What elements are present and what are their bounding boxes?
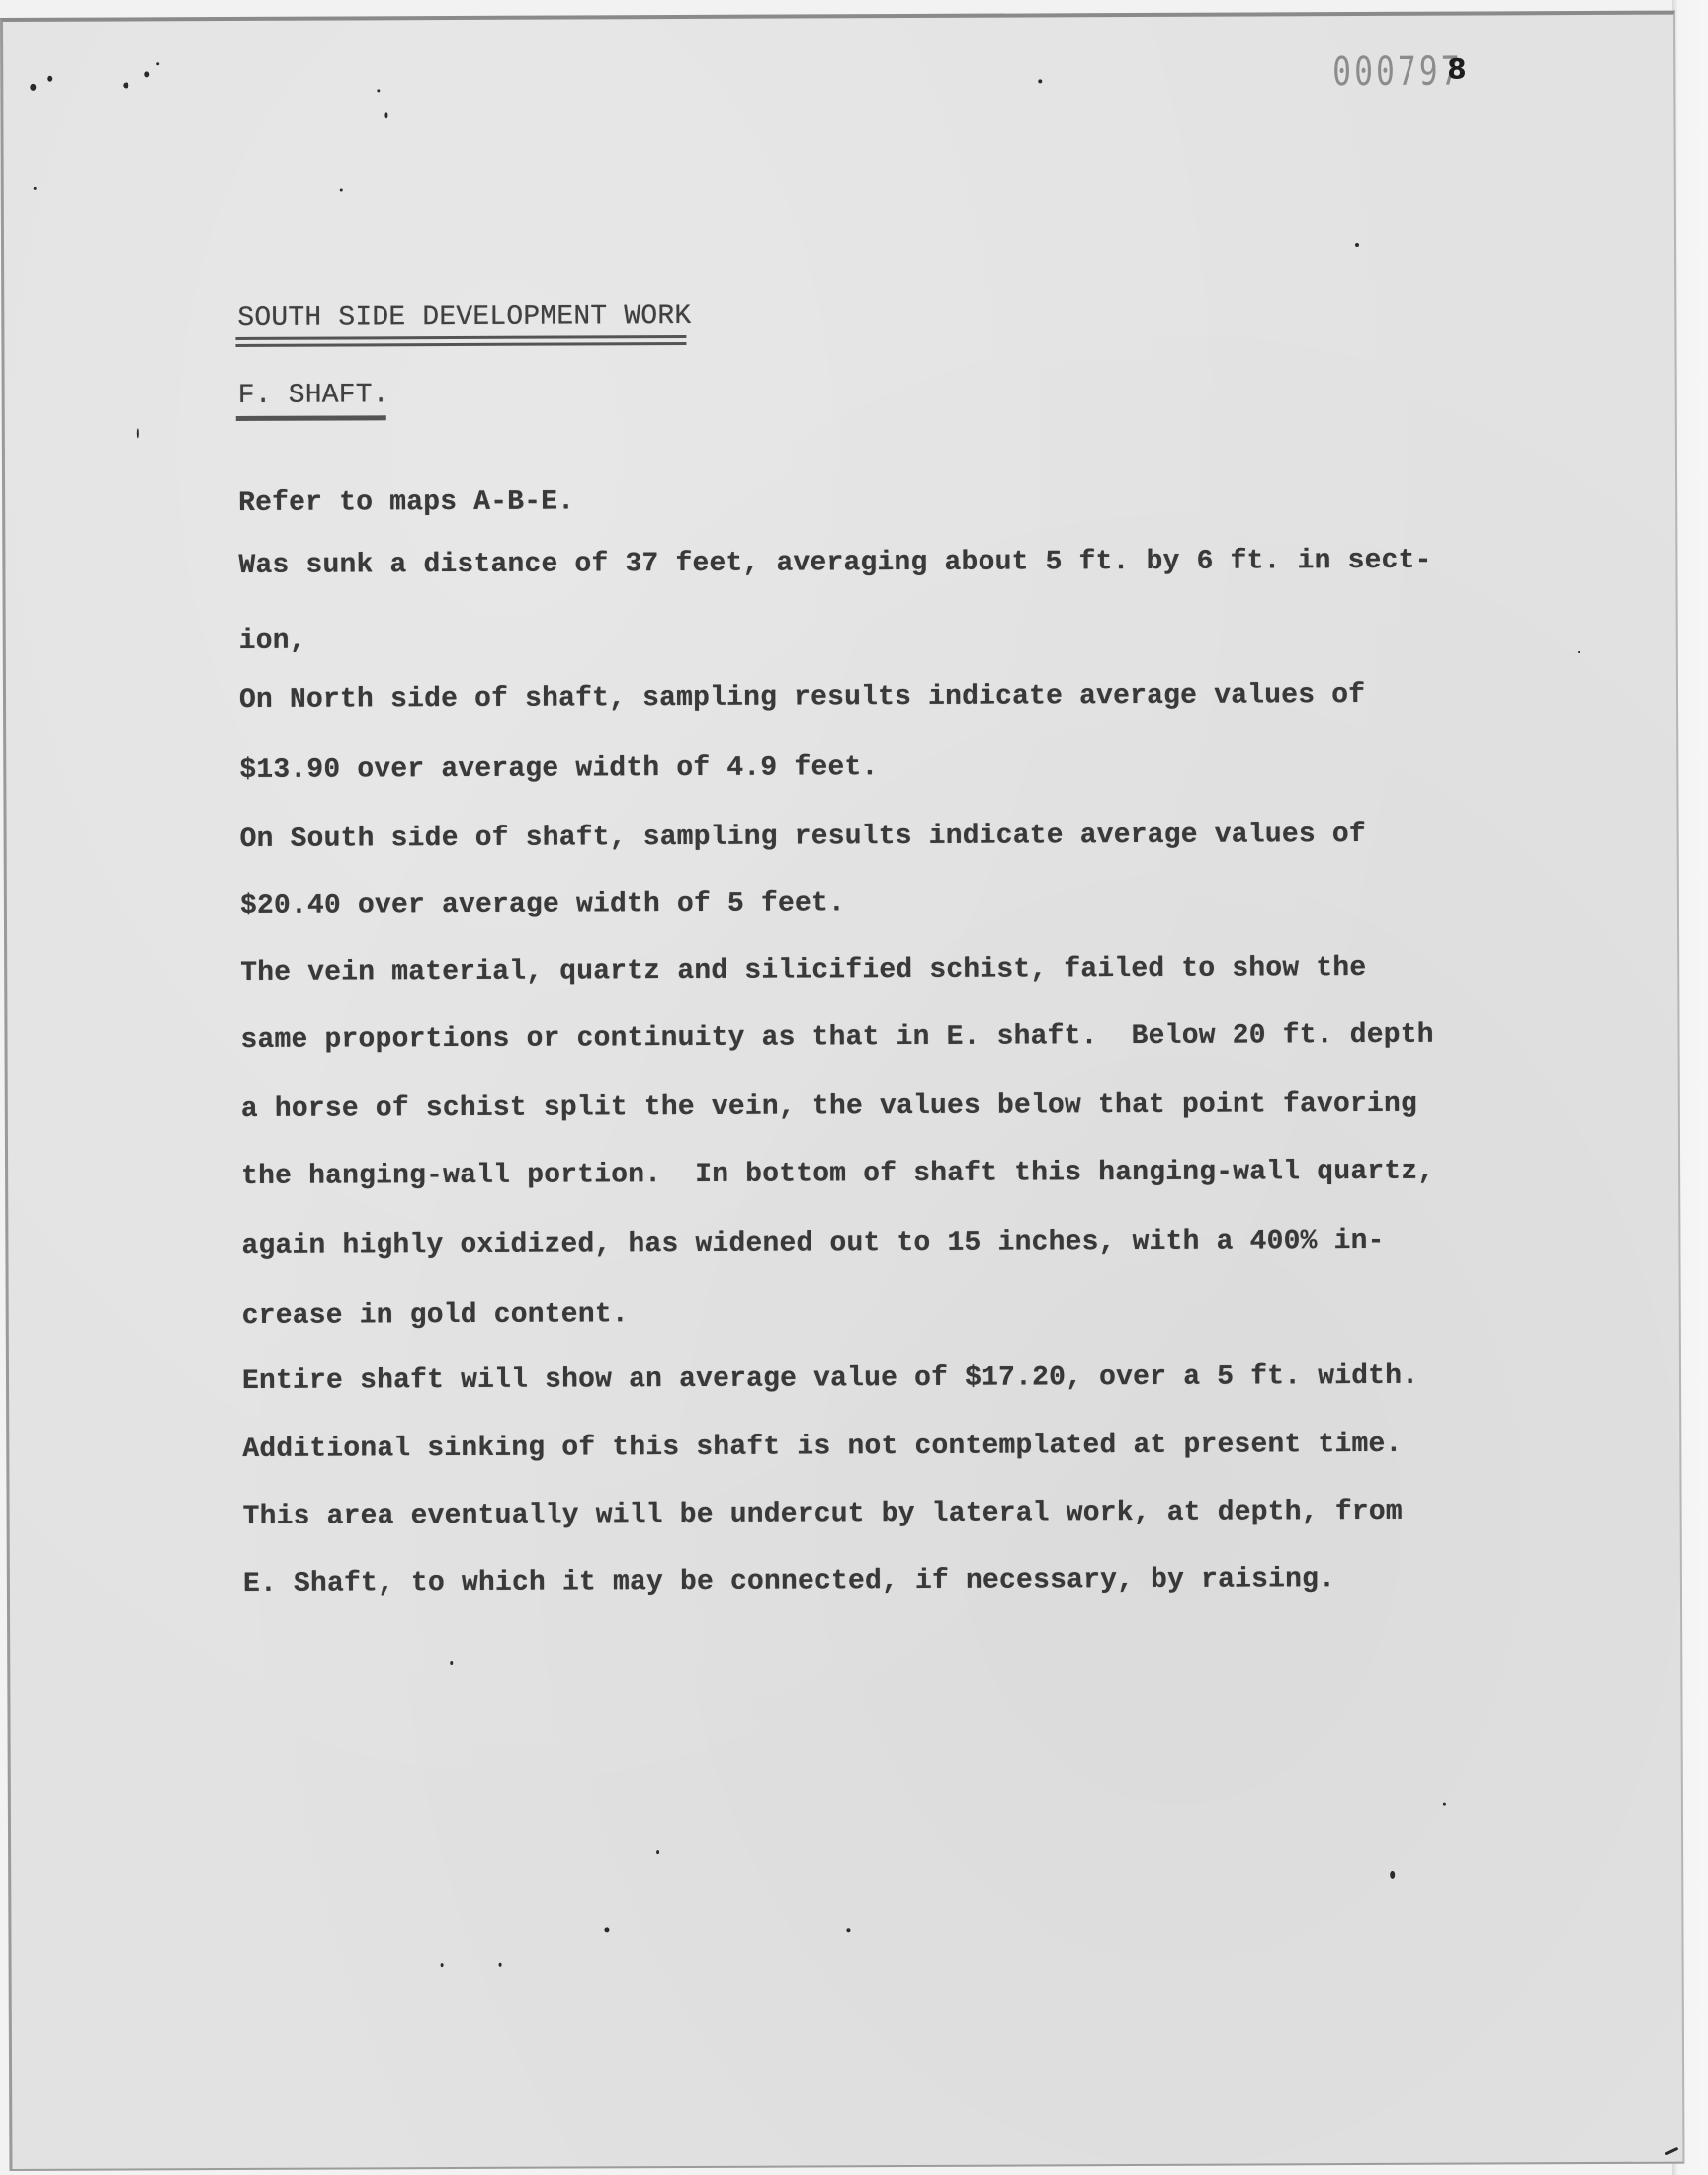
subsection-title-underline: [236, 415, 386, 421]
body-line: $20.40 over average width of 5 feet.: [240, 890, 845, 920]
body-line: Additional sinking of this shaft is not …: [242, 1432, 1402, 1464]
body-line: Entire shaft will show an average value …: [242, 1363, 1418, 1396]
scan-speck: [1355, 243, 1359, 247]
document-page: 000797 8 SOUTH SIDE DEVELOPMENT WORK F. …: [0, 11, 1684, 2171]
subsection-title: F. SHAFT.: [238, 382, 389, 410]
body-line: the hanging-wall portion. In bottom of s…: [241, 1159, 1434, 1191]
body-line: again highly oxidized, has widened out t…: [241, 1228, 1384, 1261]
body-line: a horse of schist split the vein, the va…: [241, 1091, 1417, 1124]
body-line: E. Shaft, to which it may be connected, …: [243, 1566, 1335, 1599]
body-line: same proportions or continuity as that i…: [240, 1022, 1433, 1055]
scan-speck: [499, 1963, 502, 1967]
scan-speck: [846, 1928, 850, 1932]
scan-speck: [1390, 1871, 1395, 1879]
body-line: Refer to maps A-B-E.: [238, 488, 574, 517]
scan-speck: [1578, 651, 1580, 653]
scan-speck: [450, 1661, 453, 1665]
section-title: SOUTH SIDE DEVELOPMENT WORK: [237, 304, 691, 333]
body-line: On South side of shaft, sampling results…: [240, 822, 1366, 854]
scan-speck: [377, 89, 380, 92]
scan-speck: [137, 428, 139, 438]
body-line: Was sunk a distance of 37 feet, averagin…: [238, 548, 1431, 580]
body-line: The vein material, quartz and silicified…: [240, 955, 1366, 988]
scan-speck: [441, 1963, 444, 1967]
body-line: crease in gold content.: [242, 1301, 629, 1331]
scan-speck: [34, 187, 37, 190]
scan-speck: [1443, 1803, 1446, 1806]
scan-speck: [604, 1927, 609, 1932]
scan-speck: [47, 76, 52, 82]
scan-speck: [384, 112, 387, 118]
body-line: This area eventually will be undercut by…: [243, 1499, 1403, 1531]
section-title-underline-top: [235, 335, 686, 340]
page-number-handwritten-digit: 8: [1447, 53, 1467, 86]
section-title-underline-bottom: [235, 342, 686, 347]
body-line: $13.90 over average width of 4.9 feet.: [239, 754, 878, 785]
scan-speck: [1665, 2147, 1678, 2156]
scan-speck: [656, 1850, 659, 1854]
scan-speck: [340, 188, 343, 191]
scan-speck: [30, 84, 36, 91]
scan-speck: [123, 82, 128, 88]
body-line: ion,: [239, 628, 306, 655]
scan-speck: [144, 71, 149, 77]
body-line: On North side of shaft, sampling results…: [239, 682, 1365, 715]
scan-speck: [1038, 79, 1042, 83]
page-number-stamp: 000797: [1332, 49, 1463, 96]
scan-speck: [156, 62, 159, 65]
